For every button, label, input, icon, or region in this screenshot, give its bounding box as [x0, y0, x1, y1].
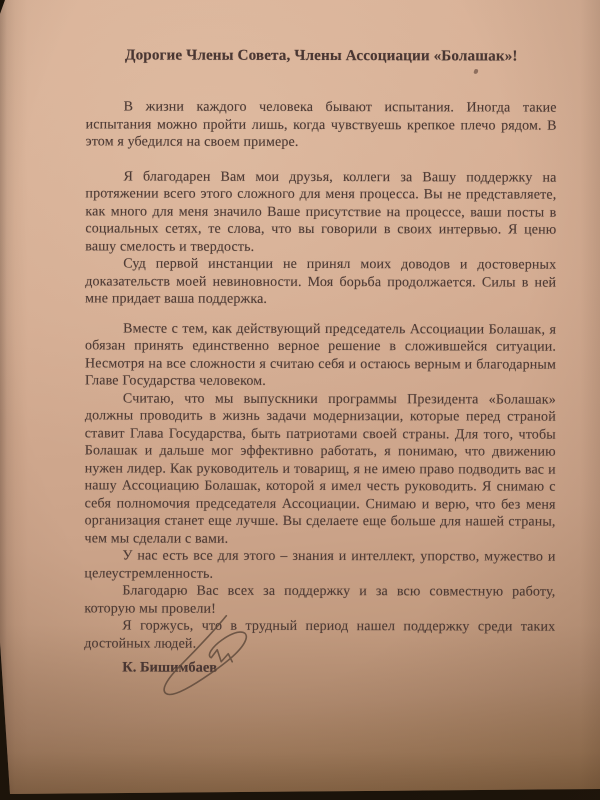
letter-title: Дорогие Члены Совета, Члены Ассоциации «…	[86, 45, 557, 65]
letter-paragraph: В жизни каждого человека бывают испытани…	[86, 98, 557, 152]
letter-paragraph: Я благодарен Вам мои друзья, коллеги за …	[85, 168, 556, 257]
signature-name: К. Бишимбаев	[84, 659, 555, 678]
letter-paragraph: Вместе с тем, как действующий председате…	[85, 320, 556, 391]
letter-paragraph: У нас есть все для этого – знания и инте…	[84, 547, 555, 583]
letter-content: Дорогие Члены Совета, Члены Ассоциации «…	[84, 45, 557, 678]
letter-paragraph: Я горжусь, что в трудный период нашел по…	[84, 617, 555, 653]
letter-paragraph: Суд первой инстанции не принял моих дово…	[85, 255, 556, 309]
letter-paragraph: Считаю, что мы выпускники программы През…	[85, 390, 556, 549]
photo-frame: Дорогие Члены Совета, Члены Ассоциации «…	[0, 0, 600, 800]
letter-paragraph: Благодарю Вас всех за поддержку и за всю…	[84, 582, 555, 618]
letter-page: Дорогие Члены Совета, Члены Ассоциации «…	[0, 0, 600, 800]
signature-block: К. Бишимбаев	[84, 659, 555, 678]
